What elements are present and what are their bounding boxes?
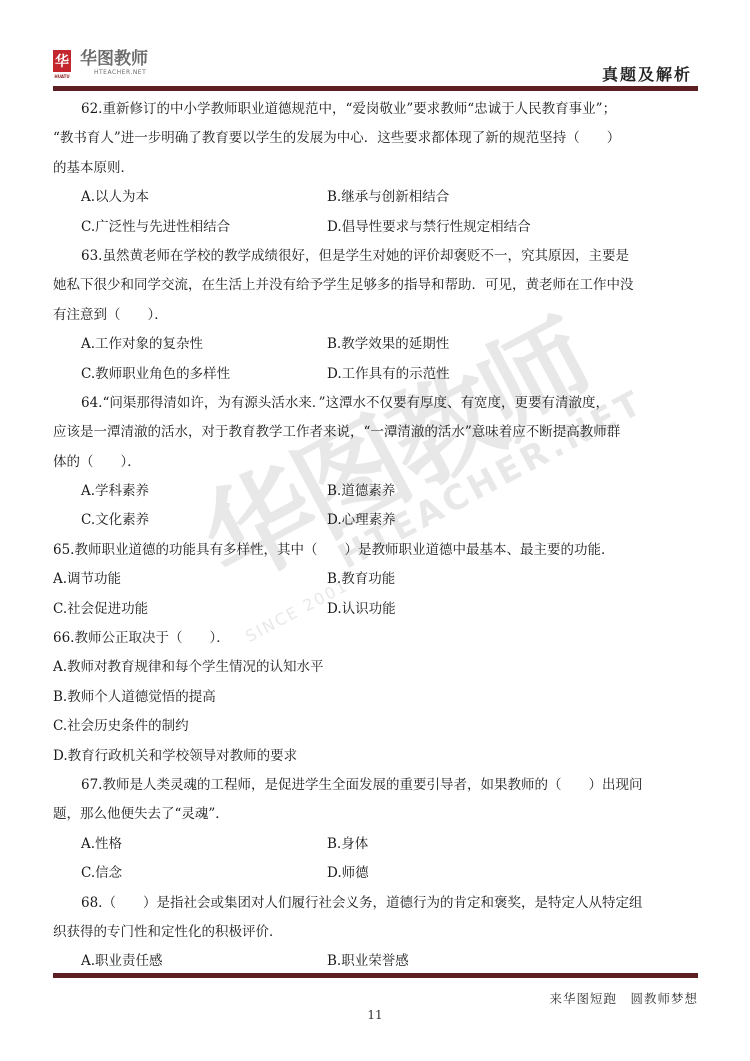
option-a: A.调节功能 xyxy=(53,565,327,594)
option-row: A.学科素养 B.道德素养 xyxy=(53,477,698,506)
question-67: 67.教师是人类灵魂的工程师，是促进学生全面发展的重要引导者，如果教师的（ ）出… xyxy=(53,771,698,889)
logo-mark-subtext: HUATU xyxy=(53,74,71,79)
option-row: C.文化素养 D.心理素养 xyxy=(53,506,698,535)
question-stem-line: 体的（ ）． xyxy=(53,448,698,477)
option-b: B.继承与创新相结合 xyxy=(327,183,573,212)
option-c: C.文化素养 xyxy=(53,506,327,535)
question-stem-line: 织获得的专门性和定性化的积极评价． xyxy=(53,918,698,947)
question-66: 66.教师公正取决于（ ）． A.教师对教育规律和每个学生情况的认知水平 B.教… xyxy=(53,624,698,771)
option-d: D.工作具有的示范性 xyxy=(327,360,573,389)
question-stem-line: 67.教师是人类灵魂的工程师，是促进学生全面发展的重要引导者，如果教师的（ ）出… xyxy=(53,771,698,800)
question-stem-line: 63.虽然黄老师在学校的教学成绩很好，但是学生对她的评价却褒贬不一，究其原因，主… xyxy=(53,242,698,271)
option-a: A.工作对象的复杂性 xyxy=(53,330,327,359)
question-62: 62.重新修订的中小学教师职业道德规范中，“爱岗敬业”要求教师“忠诚于人民教育事… xyxy=(53,95,698,242)
page-header: 华 HUATU 华图教师 HTEACHER.NET 真题及解析 xyxy=(53,48,698,88)
option-row: C.广泛性与先进性相结合 D.倡导性要求与禁行性规定相结合 xyxy=(53,213,698,242)
question-stem-line: 66.教师公正取决于（ ）． xyxy=(53,624,698,653)
option-a: A.教师对教育规律和每个学生情况的认知水平 xyxy=(53,653,698,682)
brand-logo: 华 HUATU 华图教师 HTEACHER.NET xyxy=(53,48,148,78)
header-section-title: 真题及解析 xyxy=(602,62,692,85)
option-c: C.社会历史条件的制约 xyxy=(53,712,698,741)
page-number: 11 xyxy=(0,1008,750,1022)
header-divider xyxy=(53,86,698,91)
logo-mark-icon: 华 HUATU xyxy=(53,50,71,72)
option-c: C.教师职业角色的多样性 xyxy=(53,360,327,389)
logo-english-name: HTEACHER.NET xyxy=(94,70,148,76)
option-b: B.身体 xyxy=(327,830,573,859)
option-row: C.社会促进功能 D.认识功能 xyxy=(53,595,698,624)
option-d: D.教育行政机关和学校领导对教师的要求 xyxy=(53,742,698,771)
option-d: D.倡导性要求与禁行性规定相结合 xyxy=(327,213,573,242)
footer-divider xyxy=(53,973,698,978)
question-stem-line: 65.教师职业道德的功能具有多样性，其中（ ）是教师职业道德中最基本、最主要的功… xyxy=(53,536,698,565)
question-stem-line: 68.（ ）是指社会或集团对人们履行社会义务，道德行为的肯定和褒奖，是特定人从特… xyxy=(53,889,698,918)
option-d: D.师德 xyxy=(327,859,573,888)
option-d: D.心理素养 xyxy=(327,506,573,535)
logo-mark-glyph: 华 xyxy=(55,51,69,71)
option-row: A.性格 B.身体 xyxy=(53,830,698,859)
option-b: B.教师个人道德觉悟的提高 xyxy=(53,683,698,712)
question-65: 65.教师职业道德的功能具有多样性，其中（ ）是教师职业道德中最基本、最主要的功… xyxy=(53,536,698,624)
option-c: C.广泛性与先进性相结合 xyxy=(53,213,327,242)
option-b: B.道德素养 xyxy=(327,477,573,506)
option-row: A.以人为本 B.继承与创新相结合 xyxy=(53,183,698,212)
option-b: B.教育功能 xyxy=(327,565,573,594)
question-63: 63.虽然黄老师在学校的教学成绩很好，但是学生对她的评价却褒贬不一，究其原因，主… xyxy=(53,242,698,389)
option-b: B.教学效果的延期性 xyxy=(327,330,573,359)
option-row: A.工作对象的复杂性 B.教学效果的延期性 xyxy=(53,330,698,359)
question-stem-line: “教书育人”进一步明确了教育要以学生的发展为中心．这些要求都体现了新的规范坚持（… xyxy=(53,124,698,153)
logo-chinese-name: 华图教师 xyxy=(80,51,148,68)
question-64: 64.“问渠那得清如许，为有源头活水来．”这潭水不仅要有厚度、有宽度，更要有清澈… xyxy=(53,389,698,536)
option-a: A.以人为本 xyxy=(53,183,327,212)
footer-slogan: 来华图短跑 圆教师梦想 xyxy=(549,989,698,1007)
question-stem-line: 应该是一潭清澈的活水，对于教育教学工作者来说，“一潭清澈的活水”意味着应不断提高… xyxy=(53,418,698,447)
question-stem-line: 62.重新修订的中小学教师职业道德规范中，“爱岗敬业”要求教师“忠诚于人民教育事… xyxy=(53,95,698,124)
option-d: D.认识功能 xyxy=(327,595,573,624)
question-68: 68.（ ）是指社会或集团对人们履行社会义务，道德行为的肯定和褒奖，是特定人从特… xyxy=(53,889,698,977)
question-list: 62.重新修订的中小学教师职业道德规范中，“爱岗敬业”要求教师“忠诚于人民教育事… xyxy=(53,95,698,977)
question-stem-line: 的基本原则． xyxy=(53,154,698,183)
option-c: C.社会促进功能 xyxy=(53,595,327,624)
option-a: A.性格 xyxy=(53,830,327,859)
option-row: C.教师职业角色的多样性 D.工作具有的示范性 xyxy=(53,360,698,389)
question-stem-line: 有注意到（ ）． xyxy=(53,301,698,330)
question-stem-line: 她私下很少和同学交流，在生活上并没有给予学生足够多的指导和帮助．可见，黄老师在工… xyxy=(53,271,698,300)
option-a: A.学科素养 xyxy=(53,477,327,506)
question-stem-line: 题，那么他便失去了“灵魂”． xyxy=(53,800,698,829)
option-c: C.信念 xyxy=(53,859,327,888)
option-row: C.信念 D.师德 xyxy=(53,859,698,888)
logo-wordmark: 华图教师 HTEACHER.NET xyxy=(80,51,148,76)
option-row: A.调节功能 B.教育功能 xyxy=(53,565,698,594)
question-stem-line: 64.“问渠那得清如许，为有源头活水来．”这潭水不仅要有厚度、有宽度，更要有清澈… xyxy=(53,389,698,418)
